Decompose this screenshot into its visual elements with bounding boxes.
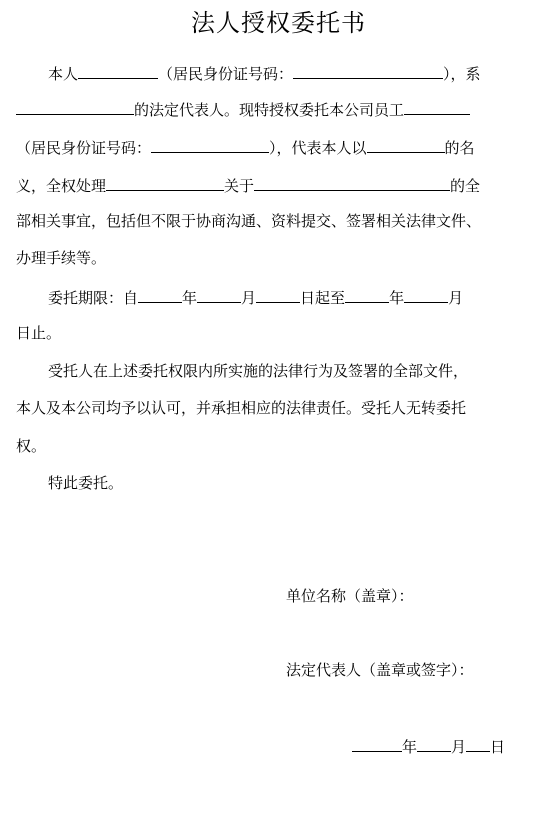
text: 年 xyxy=(182,289,197,307)
company-blank[interactable] xyxy=(16,98,134,115)
para3-line2: 本人及本公司均予以认可，并承担相应的法律责任。受托人无转委托 xyxy=(16,398,466,418)
text: 的全 xyxy=(450,177,480,195)
text: ），代表本人以 xyxy=(269,139,367,157)
text: 日 xyxy=(490,738,505,756)
start-day-blank[interactable] xyxy=(256,286,300,303)
start-year-blank[interactable] xyxy=(138,286,182,303)
employee-id-blank[interactable] xyxy=(151,136,269,153)
start-month-blank[interactable] xyxy=(197,286,241,303)
text: 月 xyxy=(241,289,256,307)
para3-line3: 权。 xyxy=(16,436,46,456)
period-end: 日止。 xyxy=(16,323,61,343)
text: 的名 xyxy=(445,139,475,157)
text: 的法定代表人。现特授权委托本公司员工 xyxy=(134,101,404,119)
representation-blank[interactable] xyxy=(367,136,445,153)
matter-blank[interactable] xyxy=(254,174,450,191)
closing-text: 特此委托。 xyxy=(48,473,123,493)
end-month-blank[interactable] xyxy=(404,286,448,303)
text: 月 xyxy=(451,738,466,756)
text: 委托期限：自 xyxy=(48,289,138,307)
text: 义，全权处理 xyxy=(16,177,106,195)
para1-line6: 办理手续等。 xyxy=(16,248,106,268)
text: （居民身份证号码： xyxy=(16,139,151,157)
text: 月 xyxy=(448,289,463,307)
para1-line1: 本人（居民身份证号码：），系 xyxy=(48,62,481,84)
text: 日起至 xyxy=(300,289,345,307)
name-blank[interactable] xyxy=(78,62,158,79)
para1-line2: 的法定代表人。现特授权委托本公司员工 xyxy=(16,98,470,120)
period-line: 委托期限：自年月日起至年月 xyxy=(48,286,463,308)
company-seal-label: 单位名称（盖章）： xyxy=(286,586,414,606)
text: ），系 xyxy=(443,65,481,83)
sign-day-blank[interactable] xyxy=(466,735,490,752)
text: 年 xyxy=(402,738,417,756)
text: （居民身份证号码： xyxy=(158,65,293,83)
para1-line4: 义，全权处理关于的全 xyxy=(16,174,480,196)
text: 年 xyxy=(389,289,404,307)
para3-line1: 受托人在上述委托权限内所实施的法律行为及签署的全部文件， xyxy=(48,361,468,381)
text: 本人 xyxy=(48,65,78,83)
para1-line5: 部相关事宜，包括但不限于协商沟通、资料提交、签署相关法律文件、 xyxy=(16,211,481,231)
employee-blank[interactable] xyxy=(404,98,470,115)
document-title: 法人授权委托书 xyxy=(0,6,557,40)
handle-blank[interactable] xyxy=(106,174,224,191)
para1-line3: （居民身份证号码：），代表本人以的名 xyxy=(16,136,475,158)
id-number-blank[interactable] xyxy=(293,62,443,79)
legal-rep-label: 法定代表人（盖章或签字）： xyxy=(286,660,474,680)
sign-month-blank[interactable] xyxy=(417,735,451,752)
signature-date: 年月日 xyxy=(352,735,505,757)
sign-year-blank[interactable] xyxy=(352,735,402,752)
text: 关于 xyxy=(224,177,254,195)
end-year-blank[interactable] xyxy=(345,286,389,303)
